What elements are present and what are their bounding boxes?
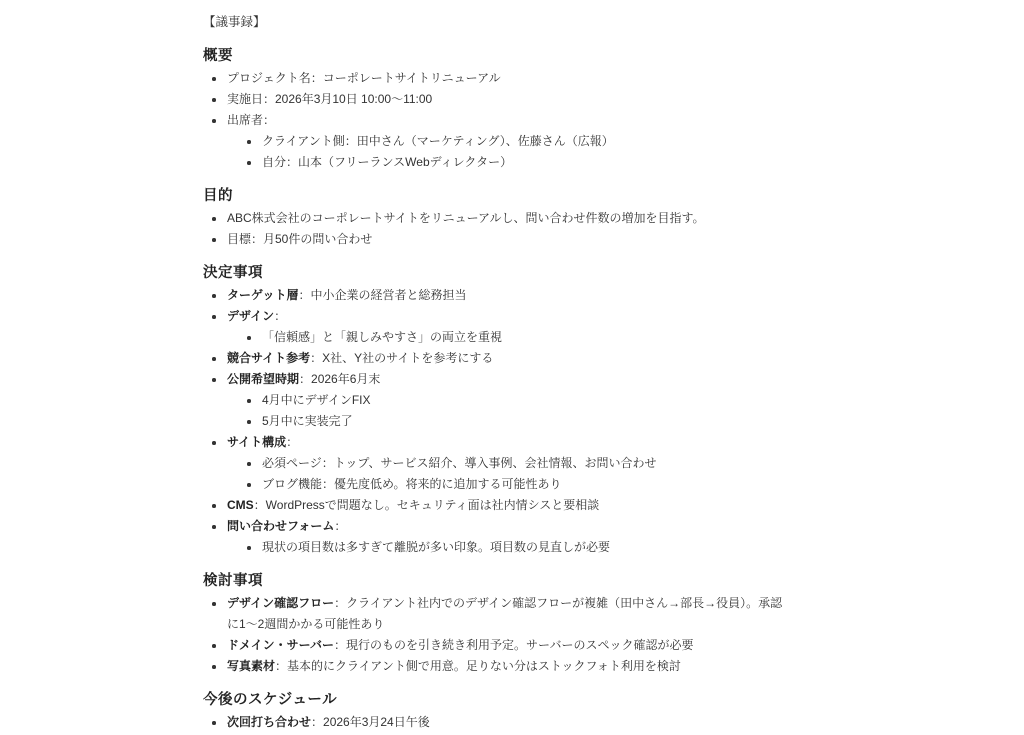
list-item: 現状の項目数は多すぎて離脱が多い印象。項目数の見直しが必要 <box>238 537 783 558</box>
list-item: 実施日：2026年3月10日 10:00〜11:00 <box>203 89 783 110</box>
list-item-label: ターゲット層 <box>227 288 299 302</box>
list-item-label: 競合サイト参考 <box>227 351 310 365</box>
list-item: 4月中にデザインFIX <box>238 390 783 411</box>
list-item: 必須ページ：トップ、サービス紹介、導入事例、会社情報、お問い合わせ <box>238 453 783 474</box>
section-heading: 概要 <box>203 44 783 68</box>
bullet-list-level-2: 現状の項目数は多すぎて離脱が多い印象。項目数の見直しが必要 <box>238 537 783 558</box>
section-heading: 今後のスケジュール <box>203 688 783 712</box>
bullet-list-level-1: ABC株式会社のコーポレートサイトをリニューアルし、問い合わせ件数の増加を目指す… <box>203 208 783 250</box>
list-item: クライアント側：田中さん（マーケティング）、佐藤さん（広報） <box>238 131 783 152</box>
list-item: ABC株式会社のコーポレートサイトをリニューアルし、問い合わせ件数の増加を目指す… <box>203 208 783 229</box>
list-item: 公開希望時期：2026年6月末4月中にデザインFIX5月中に実装完了 <box>203 369 783 432</box>
list-item: 問い合わせフォーム：現状の項目数は多すぎて離脱が多い印象。項目数の見直しが必要 <box>203 516 783 558</box>
list-item: 5月中に実装完了 <box>238 411 783 432</box>
section-heading: 検討事項 <box>203 569 783 593</box>
bullet-list-level-2: 「信頼感」と「親しみやすさ」の両立を重視 <box>238 327 783 348</box>
list-item: ブログ機能：優先度低め。将来的に追加する可能性あり <box>238 474 783 495</box>
bullet-list-level-1: ターゲット層：中小企業の経営者と総務担当デザイン：「信頼感」と「親しみやすさ」の… <box>203 285 783 558</box>
list-item: 次回打ち合わせ：2026年3月24日午後 <box>203 712 783 733</box>
list-item: ドメイン・サーバー：現行のものを引き続き利用予定。サーバーのスペック確認が必要 <box>203 635 783 656</box>
document-title: 【議事録】 <box>203 12 783 33</box>
bullet-list-level-2: 4月中にデザインFIX5月中に実装完了 <box>238 390 783 432</box>
list-item: 写真素材：基本的にクライアント側で用意。足りない分はストックフォト利用を検討 <box>203 656 783 677</box>
list-item-label: サイト構成 <box>227 435 286 449</box>
list-item-label: デザイン <box>227 309 274 323</box>
list-item: ターゲット層：中小企業の経営者と総務担当 <box>203 285 783 306</box>
section-heading: 決定事項 <box>203 261 783 285</box>
list-item-label: デザイン確認フロー <box>227 596 334 610</box>
list-item-label: 問い合わせフォーム <box>227 519 334 533</box>
bullet-list-level-1: デザイン確認フロー：クライアント社内でのデザイン確認フローが複雑（田中さん→部長… <box>203 593 783 677</box>
list-item: デザイン：「信頼感」と「親しみやすさ」の両立を重視 <box>203 306 783 348</box>
list-item: サイト構成：必須ページ：トップ、サービス紹介、導入事例、会社情報、お問い合わせブ… <box>203 432 783 495</box>
list-item: 目標：月50件の問い合わせ <box>203 229 783 250</box>
bullet-list-level-2: 必須ページ：トップ、サービス紹介、導入事例、会社情報、お問い合わせブログ機能：優… <box>238 453 783 495</box>
list-item-label: 写真素材 <box>227 659 275 673</box>
list-item: デザイン確認フロー：クライアント社内でのデザイン確認フローが複雑（田中さん→部長… <box>203 593 783 635</box>
list-item-label: CMS <box>227 498 254 512</box>
list-item: CMS：WordPressで問題なし。セキュリティ面は社内情シスと要相談 <box>203 495 783 516</box>
list-item: 競合サイト参考：X社、Y社のサイトを参考にする <box>203 348 783 369</box>
list-item-label: 次回打ち合わせ <box>227 715 311 729</box>
list-item-label: ドメイン・サーバー <box>227 638 334 652</box>
list-item: 自分：山本（フリーランスWebディレクター） <box>238 152 783 173</box>
bullet-list-level-1: プロジェクト名：コーポレートサイトリニューアル実施日：2026年3月10日 10… <box>203 68 783 173</box>
list-item: プロジェクト名：コーポレートサイトリニューアル <box>203 68 783 89</box>
bullet-list-level-2: クライアント側：田中さん（マーケティング）、佐藤さん（広報）自分：山本（フリーラ… <box>238 131 783 173</box>
document-sections: 概要プロジェクト名：コーポレートサイトリニューアル実施日：2026年3月10日 … <box>203 44 783 733</box>
section-heading: 目的 <box>203 184 783 208</box>
page: { "colors": { "background": "#ffffff", "… <box>0 0 1024 735</box>
bullet-list-level-1: 次回打ち合わせ：2026年3月24日午後 <box>203 712 783 733</box>
list-item: 「信頼感」と「親しみやすさ」の両立を重視 <box>238 327 783 348</box>
list-item: 出席者：クライアント側：田中さん（マーケティング）、佐藤さん（広報）自分：山本（… <box>203 110 783 173</box>
document: 【議事録】 概要プロジェクト名：コーポレートサイトリニューアル実施日：2026年… <box>203 12 783 733</box>
list-item-label: 公開希望時期 <box>227 372 299 386</box>
